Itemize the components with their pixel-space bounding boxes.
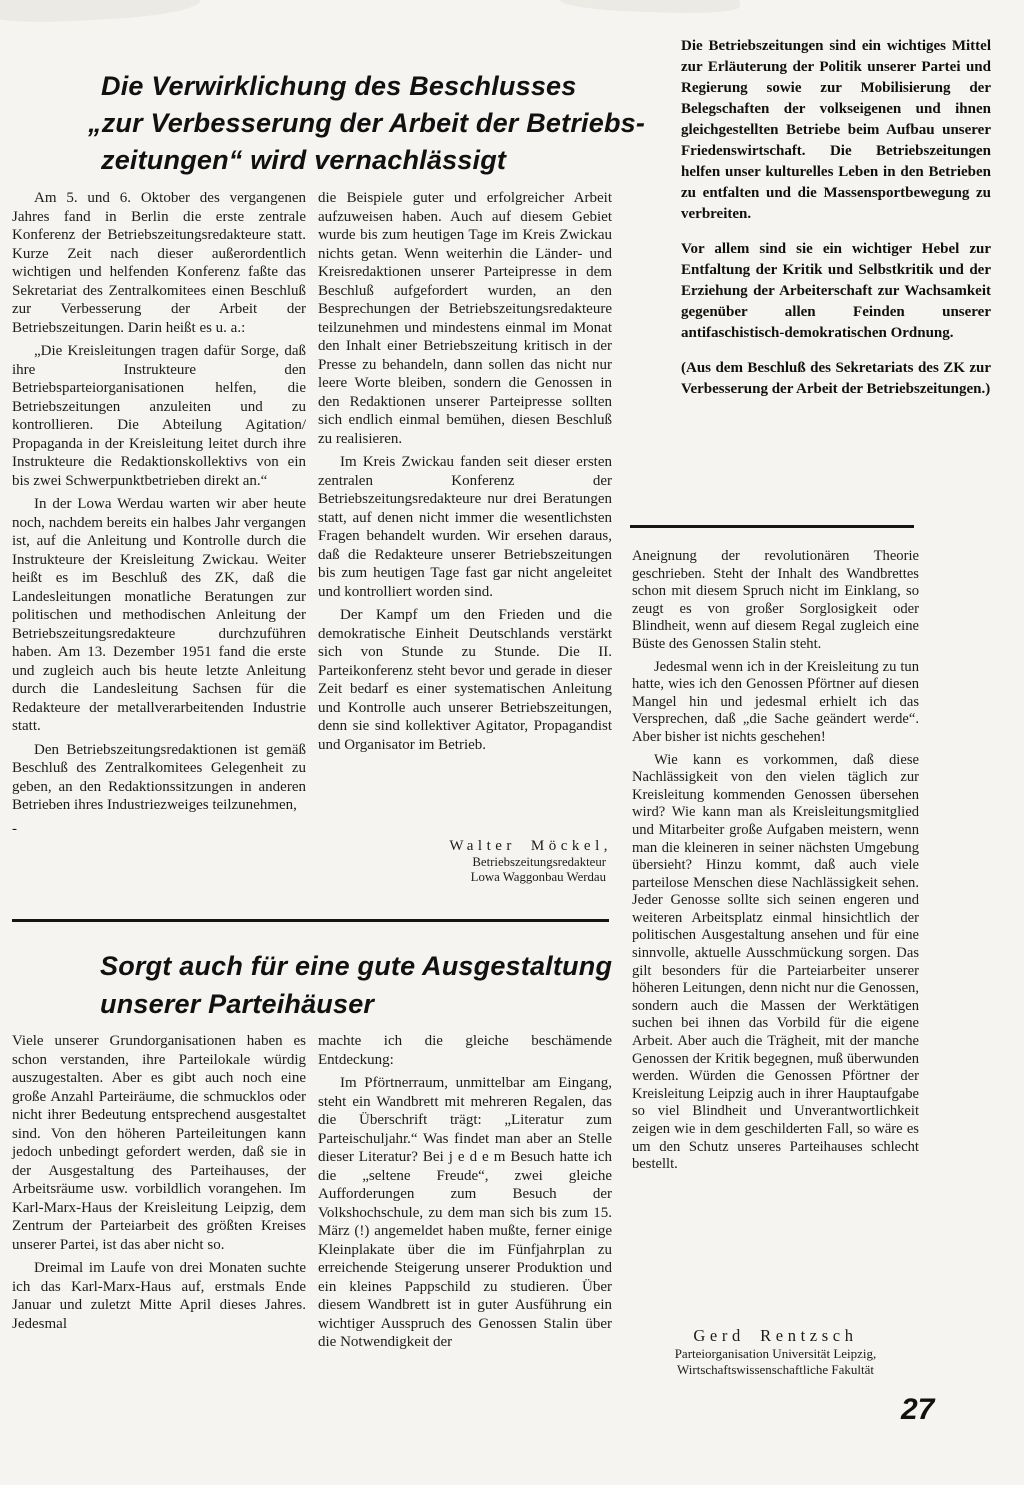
paragraph: die Beispiele guter und erfolgreicher Ar… bbox=[318, 189, 612, 448]
paragraph: „Die Kreisleitungen tragen dafür Sorge, … bbox=[12, 342, 306, 490]
signature-name: Walter Möckel, bbox=[318, 838, 612, 855]
article1-column-2: die Beispiele guter und erfolgreicher Ar… bbox=[318, 189, 612, 759]
signature-org-line1: Parteiorganisation Universität Leipzig, bbox=[632, 1346, 919, 1362]
scan-artifact bbox=[560, 0, 741, 15]
article2-headline: Sorgt auch für eine gute Ausgestaltung u… bbox=[100, 947, 660, 1023]
signature-org: Lowa Waggonbau Werdau bbox=[318, 870, 612, 885]
article1-headline: Die Verwirklichung des Beschlusses „zur … bbox=[88, 68, 668, 179]
article2-column-3: Aneignung der revolutionären Theorie ges… bbox=[632, 548, 919, 1179]
paragraph: Im Pförtnerraum, unmittelbar am Eingang,… bbox=[318, 1074, 612, 1352]
headline-line: Die Verwirklichung des Beschlusses bbox=[88, 68, 668, 105]
paragraph: machte ich die gleiche beschämende Entde… bbox=[318, 1032, 612, 1069]
paragraph: Wie kann es vorkommen, daß diese Nachläs… bbox=[632, 752, 919, 1174]
box-paragraph: Vor allem sind sie ein wichtiger Hebel z… bbox=[681, 239, 991, 344]
paragraph: Der Kampf um den Frieden und die demokra… bbox=[318, 606, 612, 754]
stray-hyphen: - bbox=[12, 820, 306, 839]
paragraph: Viele unserer Grundorganisationen haben … bbox=[12, 1032, 306, 1254]
article2-signature: Gerd Rentzsch Parteiorganisation Univers… bbox=[632, 1326, 919, 1378]
box-attribution: (Aus dem Beschluß des Sekretariats des Z… bbox=[681, 358, 991, 400]
paragraph: Im Kreis Zwickau fanden seit dieser erst… bbox=[318, 453, 612, 601]
headline-line: zeitungen“ wird vernachlässigt bbox=[88, 142, 668, 179]
signature-org-line2: Wirtschaftswissenschaftliche Fakultät bbox=[632, 1362, 919, 1378]
headline-line: Sorgt auch für eine gute Ausgestaltung bbox=[100, 947, 660, 985]
article2-column-2: machte ich die gleiche beschämende Entde… bbox=[318, 1032, 612, 1357]
paragraph: Den Betriebszeitungsredaktionen ist gemä… bbox=[12, 741, 306, 815]
article1-column-1: Am 5. und 6. Oktober des vergangenen Jah… bbox=[12, 189, 306, 838]
paragraph: In der Lowa Werdau warten wir aber heute… bbox=[12, 495, 306, 736]
magazine-page: Die Verwirklichung des Beschlusses „zur … bbox=[0, 0, 1024, 1485]
signature-role: Betriebszeitungsredakteur bbox=[318, 855, 612, 870]
article2-column-1: Viele unserer Grundorganisationen haben … bbox=[12, 1032, 306, 1338]
box-paragraph: Die Betriebszeitungen sind ein wichtiges… bbox=[681, 36, 991, 225]
article-divider-rule bbox=[12, 919, 609, 922]
headline-line: unserer Parteihäuser bbox=[100, 985, 660, 1023]
scan-artifact bbox=[0, 0, 201, 26]
headline-line: „zur Verbesserung der Arbeit der Betrieb… bbox=[88, 105, 668, 142]
paragraph: Am 5. und 6. Oktober des vergangenen Jah… bbox=[12, 189, 306, 337]
paragraph: Jedesmal wenn ich in der Kreisleitung zu… bbox=[632, 659, 919, 747]
article1-signature: Walter Möckel, Betriebszeitungsredakteur… bbox=[318, 838, 612, 885]
section-rule bbox=[630, 525, 914, 528]
paragraph: Dreimal im Laufe von drei Monaten suchte… bbox=[12, 1259, 306, 1333]
paragraph: Aneignung der revolutionären Theorie ges… bbox=[632, 548, 919, 654]
zk-beschluss-box: Die Betriebszeitungen sind ein wichtiges… bbox=[681, 36, 991, 414]
signature-name: Gerd Rentzsch bbox=[632, 1326, 919, 1346]
page-number: 27 bbox=[901, 1393, 934, 1427]
